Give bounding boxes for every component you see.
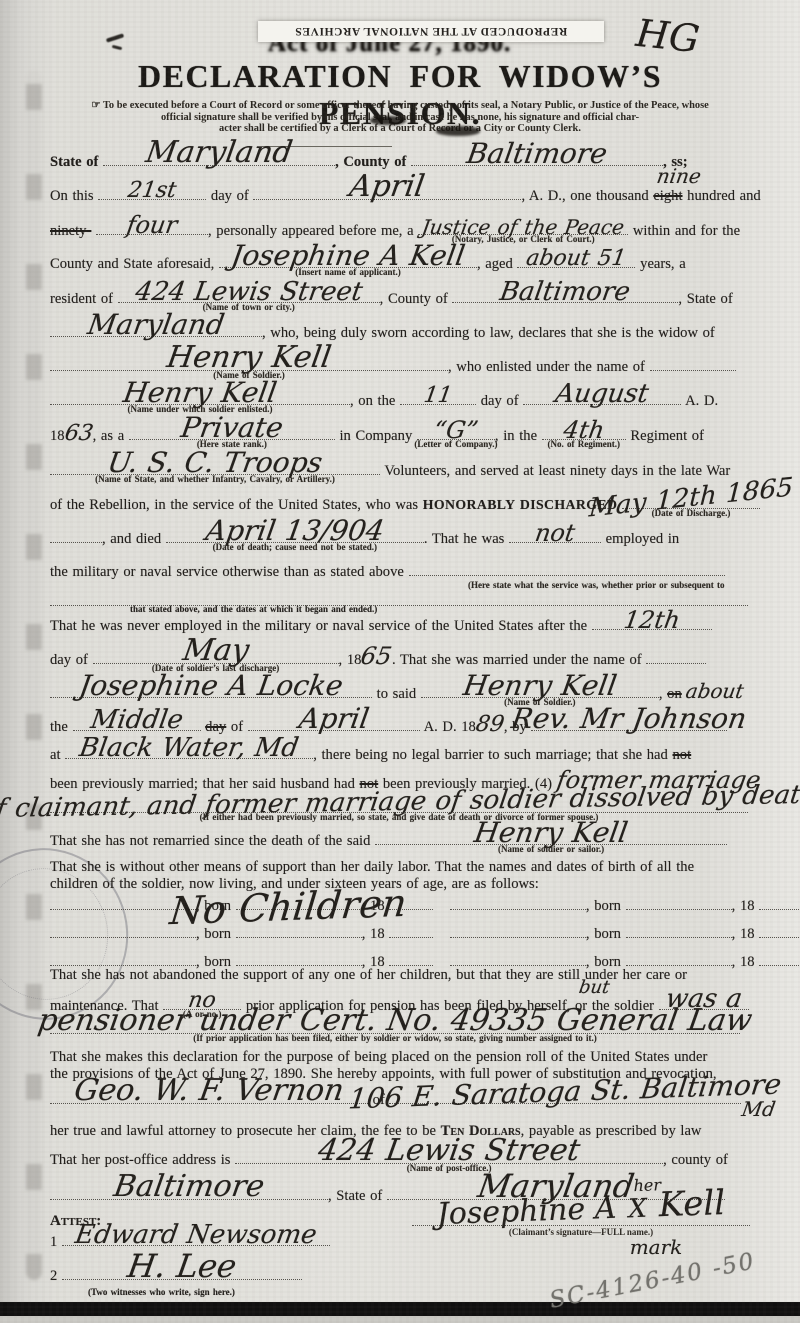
year-blank xyxy=(389,924,433,938)
pensioner-blank: pensioner under Cert. No. 49335 General … xyxy=(50,1020,740,1034)
otherwise-line: the military or naval service otherwise … xyxy=(50,562,725,581)
lead-blank xyxy=(50,529,102,543)
to-said-label: to said xyxy=(377,686,417,702)
child-name-blank xyxy=(50,952,196,966)
at-label: at xyxy=(50,747,61,763)
and-died-label: , and died xyxy=(102,531,161,547)
year-label: , 18 xyxy=(362,926,385,942)
death-date-blank: April 13/904(Date of death; cause need n… xyxy=(166,529,424,543)
county-blank: Baltimore xyxy=(411,152,663,166)
instructions-line3: acter shall be certified by a Clerk of a… xyxy=(50,123,750,134)
never-text: That he was never employed in the milita… xyxy=(50,618,587,634)
widow-line: Maryland, who, being duly sworn accordin… xyxy=(50,323,715,342)
state-label: State of xyxy=(50,154,98,170)
national-archives-stamp: REPRODUCED AT THE NATIONAL ARCHIVES xyxy=(258,21,604,42)
claimant-signature-block: Josephine A herX Kell (Claimant’s signat… xyxy=(412,1188,750,1259)
marriage-month-value: April xyxy=(297,705,371,733)
enlist-name-blank: Henry Kell(Name under which soldier enli… xyxy=(50,391,350,405)
stray-ink-mark xyxy=(106,33,124,42)
death-line: , and died April 13/904(Date of death; c… xyxy=(50,529,679,548)
scan-bottom-margin xyxy=(0,1316,800,1323)
the-label: the xyxy=(50,719,68,735)
maiden-blank: Josephine A Locke xyxy=(50,684,372,698)
age-value: about 51 xyxy=(525,248,628,270)
comma-18-label: , 18 xyxy=(339,652,362,668)
witness-2-number: 2 xyxy=(50,1268,57,1284)
company-caption: (Letter of Company.) xyxy=(414,439,497,449)
pensioner-line: pensioner under Cert. No. 49335 General … xyxy=(50,1020,740,1039)
signature-first-name: Josephine A xyxy=(436,1191,617,1232)
applicant-line: County and State aforesaid, Josephine A … xyxy=(50,254,686,273)
that-he-was-label: . That he was xyxy=(424,531,505,547)
remarried-text: That she has not remarried since the dea… xyxy=(50,833,370,849)
her-mark-x: herX xyxy=(628,1194,648,1225)
after-blank: 12th xyxy=(592,616,712,630)
year-blank xyxy=(389,952,433,966)
in-the-label: , in the xyxy=(495,428,537,444)
pensioner-value: pensioner under Cert. No. 49335 General … xyxy=(36,1006,754,1036)
company-blank: “G”(Letter of Company.) xyxy=(417,426,495,440)
no-children-value: No Children xyxy=(169,894,407,920)
last-discharge-line: day of May(Date of soldier’s last discha… xyxy=(50,650,706,669)
po-caption: (Name of post-office.) xyxy=(407,1163,492,1173)
ink-blot xyxy=(436,126,480,136)
children-row-2: , born , 18 , born , 18 xyxy=(50,924,800,943)
birth-date-blank xyxy=(626,896,732,910)
po-county-value: Baltimore xyxy=(112,1172,267,1202)
declaration-line-1: That she makes this declaration for the … xyxy=(50,1048,707,1066)
place-blank: Black Water, Md xyxy=(65,745,313,759)
instructions-line1: ☞ To be executed before a Court of Recor… xyxy=(50,100,750,111)
born-label: , born xyxy=(586,898,621,914)
state-value: Maryland xyxy=(144,138,295,168)
attorney-blank: Geo. W. F. Vernon xyxy=(50,1090,368,1104)
regiment-blank: 4th(No. of Regiment.) xyxy=(542,426,626,440)
year-word-blank: four xyxy=(96,221,208,235)
po-label: That her post-office address is xyxy=(50,1152,230,1168)
in-company-label: in Company xyxy=(340,428,413,444)
last-month-blank: May(Date of soldier’s last discharge) xyxy=(93,650,339,664)
year-label: , 18 xyxy=(732,926,755,942)
not-struck-1: not xyxy=(673,747,692,763)
scan-bottom-edge xyxy=(0,1302,800,1316)
death-date-value: April 13/904 xyxy=(204,517,386,545)
county-value-2: Baltimore xyxy=(498,279,632,305)
nine-inserted: nine xyxy=(657,171,703,181)
enlist-month-blank: August xyxy=(523,391,681,405)
aged-label: , aged xyxy=(477,256,513,272)
year-blank xyxy=(759,952,800,966)
remarried-line: That she has not remarried since the dea… xyxy=(50,831,727,850)
never-employed-line: That he was never employed in the milita… xyxy=(50,616,712,635)
year-blank xyxy=(759,896,800,910)
soldier-value-4: Henry Kell xyxy=(472,819,629,847)
birth-date-blank xyxy=(626,952,732,966)
appeared-label: , personally appeared before me, a xyxy=(208,223,414,239)
x-mark: X xyxy=(628,1194,648,1225)
soldier-name-line: Henry Kell(Name of Soldier.), who enlist… xyxy=(50,357,736,376)
po-blank: 424 Lewis Street(Name of post-office.) xyxy=(235,1150,663,1164)
rank-blank: Private(Here state rank.) xyxy=(129,426,335,440)
applicant-blank: Josephine A Kell(Insert name of applican… xyxy=(219,254,477,268)
year-blank xyxy=(759,924,800,938)
enlist-day-blank: 11 xyxy=(400,391,476,405)
minister-value: Rev. Mr Johnson xyxy=(510,705,749,733)
soldier-blank-4: Henry Kell(Name of soldier or sailor.) xyxy=(375,831,727,845)
county-of-label: , county of xyxy=(663,1152,728,1168)
soldier-blank-3: Henry Kell(Name of Soldier.) xyxy=(421,684,659,698)
residence-line: resident of 424 Lewis Street(Name of tow… xyxy=(50,289,733,308)
day-of-label: day of xyxy=(211,188,249,204)
birth-date-blank xyxy=(236,952,362,966)
rebellion-text: of the Rebellion, in the service of the … xyxy=(50,497,418,513)
child-name-blank xyxy=(450,896,586,910)
witness-caption: (Two witnesses who write, sign here.) xyxy=(88,1283,235,1301)
trailing-blank-2 xyxy=(646,650,706,664)
day-blank: 21st xyxy=(98,186,206,200)
widow-text: , who, being duly sworn according to law… xyxy=(262,325,715,341)
about-inserted: about xyxy=(686,686,745,696)
county-value: Baltimore xyxy=(465,140,609,168)
day-value: 21st xyxy=(126,180,178,202)
enlist-day-value: 11 xyxy=(422,385,453,407)
place-value: Black Water, Md xyxy=(78,735,301,761)
po-county-blank: Baltimore xyxy=(50,1186,328,1200)
witness-2-value: H. Lee xyxy=(125,1250,238,1282)
enlist-name-value: Henry Kell xyxy=(121,379,278,407)
on-this-label: On this xyxy=(50,188,94,204)
not-value: not xyxy=(533,521,576,545)
applicant-caption: (Insert name of applicant.) xyxy=(295,267,401,277)
prior-application-caption: (If prior application has been filed, ei… xyxy=(193,1033,596,1043)
po-value: 424 Lewis Street xyxy=(316,1136,582,1166)
officer-blank: Justice of the Peace(Notary, Justice, or… xyxy=(418,221,628,235)
ad-label: A. D. xyxy=(685,393,718,409)
signature-last-name: Kell xyxy=(658,1183,726,1225)
volunteers-text: Volunteers, and served at least ninety d… xyxy=(384,463,730,479)
state-blank-2: Maryland xyxy=(50,323,262,337)
maiden-value: Josephine A Locke xyxy=(77,672,345,700)
four-value: four xyxy=(125,213,179,237)
aforesaid-label: County and State aforesaid, xyxy=(50,256,214,272)
marriage-month-blank: April xyxy=(248,717,420,731)
year-label: , 18 xyxy=(732,954,755,970)
middle-blank: Middle xyxy=(73,717,201,731)
on-struck: on xyxy=(667,686,682,702)
years-a-label: years, a xyxy=(640,256,686,272)
month-value: April xyxy=(348,172,427,202)
dissolved-line: of claimant, and former marriage of sold… xyxy=(50,799,748,818)
child-name-blank xyxy=(450,952,586,966)
applicant-value: Josephine A Kell xyxy=(229,242,467,270)
handwritten-initials: HG xyxy=(634,11,702,61)
marriage-place-line: at Black Water, Md, there being no legal… xyxy=(50,745,691,764)
eight-struck: eight xyxy=(653,188,682,204)
witness-2-blank: H. Lee xyxy=(62,1266,302,1280)
discharge-blank: May 12th 1865(Date of Discharge.) xyxy=(622,495,760,509)
attorney-value: Geo. W. F. Vernon xyxy=(72,1076,346,1106)
ninety-struck: ninety- xyxy=(50,223,91,239)
child-name-blank xyxy=(450,924,586,938)
employed-in-label: employed in xyxy=(606,531,680,547)
age-blank: about 51 xyxy=(517,254,635,268)
on-the-label: , on the xyxy=(350,393,395,409)
stray-ink-mark xyxy=(112,45,122,50)
ad-thousand-label: , A. D., one thousand xyxy=(521,188,648,204)
soldier-blank: Henry Kell(Name of Soldier.) xyxy=(50,357,448,371)
comma-mark: , xyxy=(659,686,663,702)
sailor-caption: (Name of soldier or sailor.) xyxy=(498,844,604,854)
county-blank-2: Baltimore xyxy=(452,289,678,303)
regiment-of-label: Regiment of xyxy=(630,428,704,444)
county-label: , County of xyxy=(335,154,406,170)
children-row-1: , born , 18 , born , 18 xyxy=(50,896,800,915)
but-inserted: but xyxy=(578,983,610,993)
eight-nine-correction: eightnine xyxy=(653,187,682,205)
married-text: . That she was married under the name of xyxy=(392,652,642,668)
hundred-and-label: hundred and xyxy=(687,188,761,204)
soldier-value: Henry Kell xyxy=(165,343,333,373)
ink-blot xyxy=(370,116,406,125)
military-text: the military or naval service otherwise … xyxy=(50,564,404,580)
death-caption: (Date of death; cause need not be stated… xyxy=(213,542,377,552)
minister-blank: Rev. Mr Johnson xyxy=(531,717,727,731)
discharge-line: of the Rebellion, in the service of the … xyxy=(50,495,760,514)
day-of-label-2: day of xyxy=(481,393,519,409)
year-89-value: 89 xyxy=(475,720,505,730)
attorney-address-state: Md xyxy=(741,1100,777,1118)
support-line-1: That she is without other means of suppo… xyxy=(50,858,694,876)
state-of-label-2: , State of xyxy=(328,1188,382,1204)
appeared-line: ninety- four, personally appeared before… xyxy=(50,221,740,240)
trailing-blank xyxy=(650,357,736,371)
discharge-caption: (Date of Discharge.) xyxy=(652,508,731,518)
rank-company-line: 1863, as a Private(Here state rank.) in … xyxy=(50,426,704,445)
unit-line: U. S. C. Troops(Name of State, and wheth… xyxy=(50,461,730,480)
attorney-line: Geo. W. F. Vernon of 106 E. Saratoga St.… xyxy=(50,1090,741,1109)
witness-1-value: Edward Newsome xyxy=(73,1222,318,1248)
enlistment-line: Henry Kell(Name under which soldier enli… xyxy=(50,391,718,410)
state-value-2: Maryland xyxy=(86,311,227,339)
witness-1-blank: Edward Newsome xyxy=(62,1232,330,1246)
date-line: On this 21st day of April, A. D., one th… xyxy=(50,186,761,205)
unit-caption: (Name of State, and whether Infantry, Ca… xyxy=(95,474,335,484)
scan-edge-smudge xyxy=(26,70,42,1280)
year-label: , 18 xyxy=(732,898,755,914)
rank-value: Private xyxy=(179,414,285,442)
middle-value: Middle xyxy=(88,707,184,733)
last-month-value: May xyxy=(180,636,250,666)
unit-value: U. S. C. Troops xyxy=(106,449,325,477)
state-of-label: , State of xyxy=(678,291,732,307)
maiden-name-line: Josephine A Locke to said Henry Kell(Nam… xyxy=(50,684,744,703)
unit-blank: U. S. C. Troops(Name of State, and wheth… xyxy=(50,461,380,475)
day-of-label-3: day of xyxy=(50,652,88,668)
enlisted-text: , who enlisted under the name of xyxy=(448,359,645,375)
officer-caption: (Notary, Justice, or Clerk of Court.) xyxy=(452,234,595,244)
her-word: her xyxy=(633,1175,661,1195)
county-label-2: , County of xyxy=(380,291,448,307)
regiment-caption: (No. of Regiment.) xyxy=(547,439,619,449)
year-63-value: 63 xyxy=(64,429,94,439)
state-blank: Maryland xyxy=(103,152,335,166)
not-blank: not xyxy=(509,529,601,543)
as-a-label: , as a xyxy=(93,428,125,444)
after-value: 12th xyxy=(622,608,681,632)
ad-18-label: A. D. 18 xyxy=(424,719,476,735)
year-65-value: 65 xyxy=(361,651,393,661)
birth-date-blank xyxy=(626,924,732,938)
year-18-label: 18 xyxy=(50,428,65,444)
barrier-text: , there being no legal barrier to such m… xyxy=(313,747,668,763)
month-blank: April xyxy=(253,186,521,200)
attorney-address-blank: 106 E. Saratoga St. Baltimore xyxy=(389,1090,741,1104)
born-label: , born xyxy=(586,926,621,942)
residence-blank: 424 Lewis Street(Name of town or city.) xyxy=(118,289,380,303)
dissolved-blank: of claimant, and former marriage of sold… xyxy=(50,799,748,813)
within-for-label: within and for the xyxy=(633,223,740,239)
scanned-pension-declaration-document: Act of June 27, 1890. REPRODUCED AT THE … xyxy=(0,0,800,1323)
service-blank xyxy=(409,562,725,576)
resident-of-label: resident of xyxy=(50,291,113,307)
enlist-month-value: August xyxy=(554,381,651,407)
witness-1-number: 1 xyxy=(50,1234,57,1250)
soldier-value-3: Henry Kell xyxy=(461,672,618,700)
